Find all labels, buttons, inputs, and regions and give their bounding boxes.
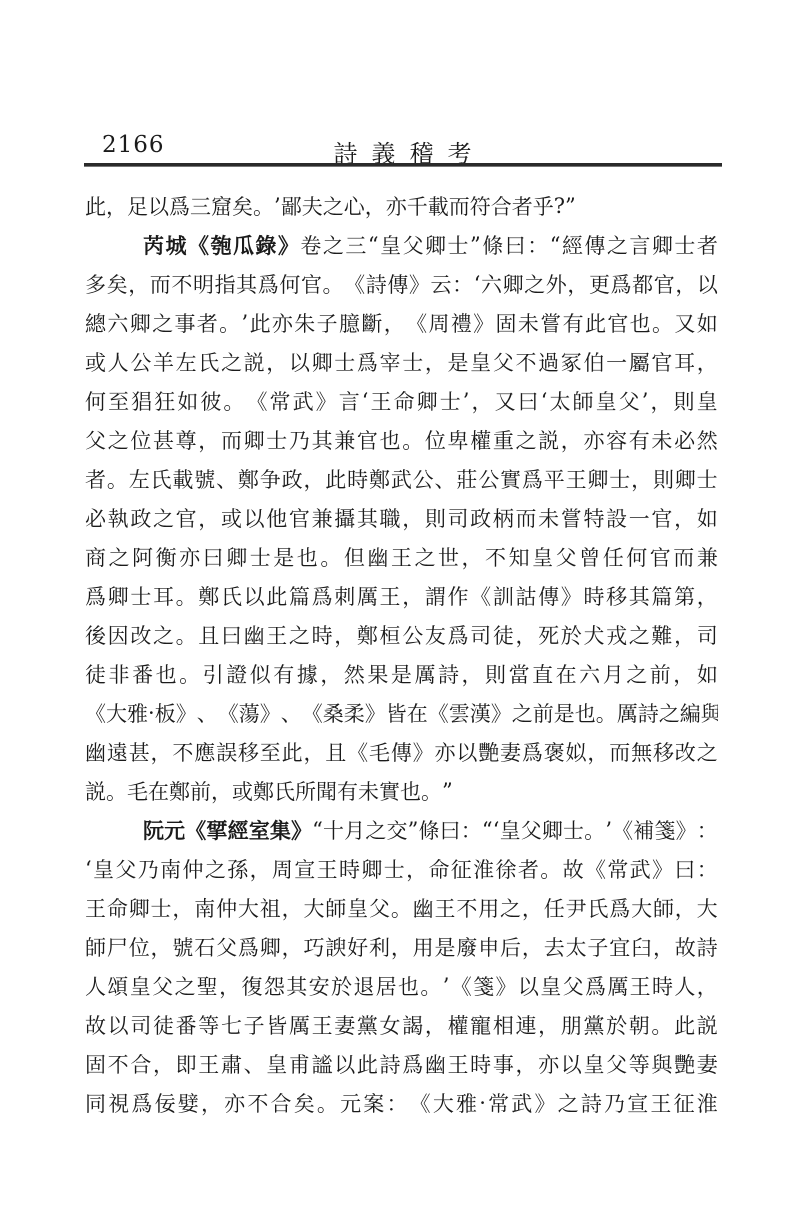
scanned-book-page: 2166 詩義稽考 此，足以爲三窟矣。’鄙夫之心，亦千載而符合者乎?”芮城《匏瓜… bbox=[0, 0, 800, 1217]
text-line: 何至猖狂如彼。《常武》言‘王命卿士’，又曰‘太師皇父’，則皇 bbox=[85, 381, 718, 420]
body-text: 此，足以爲三窟矣。’鄙夫之心，亦千載而符合者乎?”芮城《匏瓜錄》卷之三“皇父卿士… bbox=[85, 186, 718, 1122]
text-line: 固不合，即王肅、皇甫謐以此詩爲幽王時事，亦以皇父等與艷妻 bbox=[85, 1044, 718, 1083]
running-head: 2166 詩義稽考 bbox=[85, 130, 720, 162]
text-line: ‘皇父乃南仲之孫，周宣王時卿士，命征淮徐者。故《常武》曰： bbox=[85, 849, 718, 888]
text-line: 人頌皇父之聖，復怨其安於退居也。’《箋》以皇父爲厲王時人， bbox=[85, 966, 718, 1005]
text-line: 爲卿士耳。鄭氏以此篇爲刺厲王，謂作《訓詁傳》時移其篇第， bbox=[85, 576, 718, 615]
text-line: 總六卿之事者。’此亦朱子臆斷，《周禮》固未嘗有此官也。又如 bbox=[85, 303, 718, 342]
text-line: 徒非番也。引證似有據，然果是厲詩，則當直在六月之前，如 bbox=[85, 654, 718, 693]
text-line: 此，足以爲三窟矣。’鄙夫之心，亦千載而符合者乎?” bbox=[85, 186, 718, 225]
text-line: 父之位甚尊，而卿士乃其兼官也。位卑權重之説，亦容有未必然 bbox=[85, 420, 718, 459]
text-line: 故以司徒番等七子皆厲王妻黨女謁，權寵相連，朋黨於朝。此説 bbox=[85, 1005, 718, 1044]
header-rule-divider bbox=[84, 163, 722, 167]
text-line: 師尸位，號石父爲卿，巧諛好利，用是廢申后，去太子宜臼，故詩 bbox=[85, 927, 718, 966]
text-line: 商之阿衡亦曰卿士是也。但幽王之世，不知皇父曾任何官而兼 bbox=[85, 537, 718, 576]
text-line: 者。左氏載號、鄭争政，此時鄭武公、莊公實爲平王卿士，則卿士 bbox=[85, 459, 718, 498]
text-line: 後因改之。且曰幽王之時，鄭桓公友爲司徒，死於犬戎之難，司 bbox=[85, 615, 718, 654]
text-line: 多矣，而不明指其爲何官。《詩傳》云：‘六卿之外，更爲都官，以 bbox=[85, 264, 718, 303]
text-line: 或人公羊左氏之説，以卿士爲宰士，是皇父不過冢伯一屬官耳， bbox=[85, 342, 718, 381]
text-line: 同視爲佞嬖，亦不合矣。元案：《大雅·常武》之詩乃宣王征淮 bbox=[85, 1083, 718, 1122]
text-line: 説。毛在鄭前，或鄭氏所聞有未實也。” bbox=[85, 771, 718, 810]
text-line: 芮城《匏瓜錄》卷之三“皇父卿士”條曰：“經傳之言卿士者 bbox=[85, 225, 718, 264]
text-line: 必執政之官，或以他官兼攝其職，則司政柄而未嘗特設一官，如 bbox=[85, 498, 718, 537]
text-line: 阮元《揅經室集》“十月之交”條曰：“‘皇父卿士。’《補箋》： bbox=[85, 810, 718, 849]
text-line: 《大雅·板》、《蕩》、《桑柔》皆在《雲漢》之前是也。厲詩之編與 bbox=[85, 693, 718, 732]
text-line: 王命卿士，南仲大祖，大師皇父。幽王不用之，任尹氏爲大師，大 bbox=[85, 888, 718, 927]
text-line: 幽遠甚，不應誤移至此，且《毛傳》亦以艷妻爲褒姒，而無移改之 bbox=[85, 732, 718, 771]
